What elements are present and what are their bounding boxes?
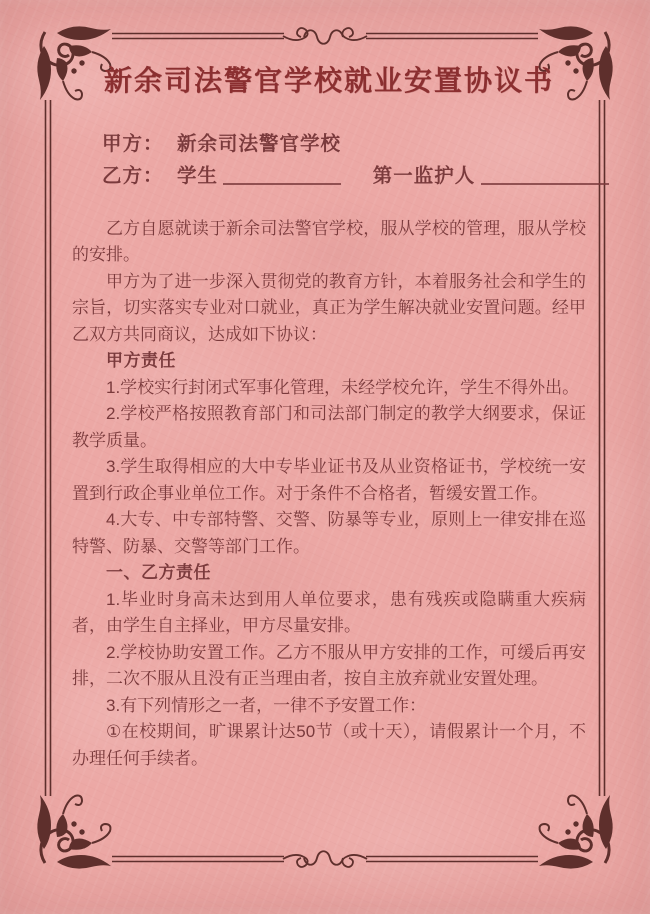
intro-paragraph-1: 乙方自愿就读于新余司法警官学校，服从学校的管理，服从学校的安排。 bbox=[72, 216, 586, 269]
party-a-line: 甲方： 新余司法警官学校 bbox=[102, 128, 586, 160]
section-b-item-2: 2.学校协助安置工作。乙方不服从甲方安排的工作，可缓后再安排，二次不服从且没有正… bbox=[72, 640, 586, 693]
section-a-item-3: 3.学生取得相应的大中专毕业证书及从业资格证书，学校统一安置到行政企事业单位工作… bbox=[72, 454, 586, 507]
party-b-guardian-label: 第一监护人 bbox=[373, 165, 476, 187]
section-b-heading: 一、乙方责任 bbox=[72, 560, 586, 587]
bottom-scroll-ornament-icon bbox=[283, 851, 367, 867]
party-a-label: 甲方： bbox=[102, 133, 164, 155]
section-a-heading: 甲方责任 bbox=[72, 348, 586, 375]
party-b-student-label: 学生 bbox=[177, 165, 218, 187]
section-b-item-1: 1.毕业时身高未达到用人单位要求，患有残疾或隐瞒重大疾病者，由学生自主择业，甲方… bbox=[72, 587, 586, 640]
intro-paragraph-2: 甲方为了进一步深入贯彻党的教育方针，本着服务社会和学生的宗旨，切实落实专业对口就… bbox=[72, 269, 586, 349]
section-a-item-4: 4.大专、中专部特警、交警、防暴等专业，原则上一律安排在巡特警、防暴、交警等部门… bbox=[72, 507, 586, 560]
corner-flourish-bottom-left-icon bbox=[37, 795, 111, 869]
parties-block: 甲方： 新余司法警官学校 乙方： 学生 第一监护人 bbox=[72, 128, 586, 192]
page-title: 新余司法警官学校就业安置协议书 bbox=[72, 62, 586, 100]
agreement-page: 新余司法警官学校就业安置协议书 甲方： 新余司法警官学校 乙方： 学生 第一监护… bbox=[0, 0, 650, 914]
student-name-blank bbox=[223, 163, 341, 185]
section-b-item-3: 3.有下列情形之一者，一律不予安置工作： bbox=[72, 693, 586, 720]
document-content: 新余司法警官学校就业安置协议书 甲方： 新余司法警官学校 乙方： 学生 第一监护… bbox=[72, 62, 586, 772]
section-b-item-4: ①在校期间，旷课累计达50节（或十天），请假累计一个月，不办理任何手续者。 bbox=[72, 719, 586, 772]
agreement-body: 乙方自愿就读于新余司法警官学校，服从学校的管理，服从学校的安排。 甲方为了进一步… bbox=[72, 216, 586, 773]
party-b-label: 乙方： bbox=[102, 165, 164, 187]
top-scroll-ornament-icon bbox=[283, 28, 367, 44]
section-a-item-2: 2.学校严格按照教育部门和司法部门制定的教学大纲要求，保证教学质量。 bbox=[72, 401, 586, 454]
section-a-item-1: 1.学校实行封闭式军事化管理，未经学校允许，学生不得外出。 bbox=[72, 375, 586, 402]
guardian-name-blank bbox=[481, 163, 609, 185]
party-a-value: 新余司法警官学校 bbox=[177, 133, 341, 155]
corner-flourish-bottom-right-icon bbox=[539, 795, 613, 869]
party-b-line: 乙方： 学生 第一监护人 bbox=[102, 160, 586, 192]
